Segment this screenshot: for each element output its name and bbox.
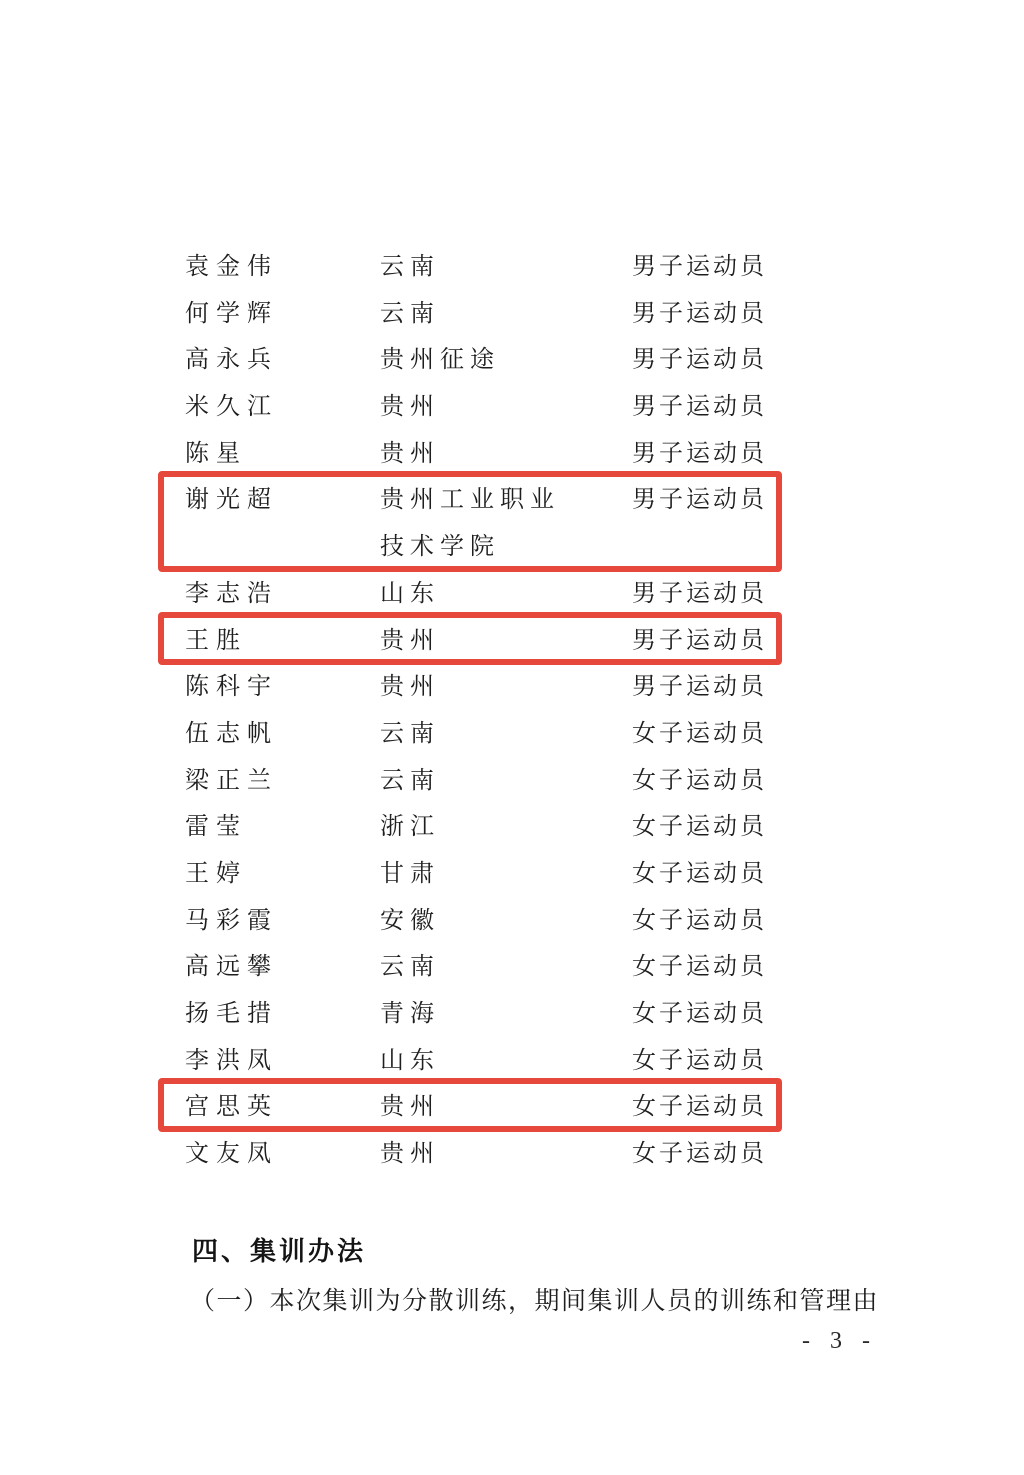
athlete-role: 男子运动员: [632, 664, 767, 711]
document-page: 袁金伟云南男子运动员何学辉云南男子运动员高永兵贵州征途男子运动员米久江贵州男子运…: [0, 0, 1024, 1475]
athlete-unit-line1: 贵州征途: [380, 337, 632, 384]
athlete-unit: 云南: [380, 758, 632, 805]
athlete-role: 女子运动员: [632, 898, 767, 945]
roster-row: 袁金伟云南男子运动员: [0, 244, 1024, 291]
athlete-unit: 山东: [380, 571, 632, 618]
roster-row: 梁正兰云南女子运动员: [0, 758, 1024, 805]
roster-row: 米久江贵州男子运动员: [0, 384, 1024, 431]
athlete-name: 扬毛措: [185, 991, 380, 1038]
athlete-unit-line1: 贵州工业职业: [380, 477, 632, 524]
athlete-name: 袁金伟: [185, 244, 380, 291]
roster-row: 何学辉云南男子运动员: [0, 291, 1024, 338]
athlete-name: 文友凤: [185, 1131, 380, 1178]
athlete-role: 男子运动员: [632, 571, 767, 618]
athlete-name: 伍志帆: [185, 711, 380, 758]
athlete-unit: 云南: [380, 711, 632, 758]
athlete-role: 男子运动员: [632, 618, 767, 665]
athlete-unit-line1: 云南: [380, 711, 632, 758]
athlete-unit: 贵州工业职业技术学院: [380, 477, 632, 570]
athlete-unit-line1: 贵州: [380, 1084, 632, 1131]
athlete-unit: 贵州: [380, 384, 632, 431]
athlete-unit-line1: 贵州: [380, 1131, 632, 1178]
athlete-unit-line1: 山东: [380, 1038, 632, 1085]
athlete-name: 马彩霞: [185, 898, 380, 945]
roster-row: 李志浩山东男子运动员: [0, 571, 1024, 618]
athlete-unit-line1: 青海: [380, 991, 632, 1038]
athlete-unit-line1: 贵州: [380, 384, 632, 431]
athlete-unit: 贵州: [380, 618, 632, 665]
athlete-role: 女子运动员: [632, 711, 767, 758]
athlete-unit-line1: 甘肃: [380, 851, 632, 898]
athlete-name: 谢光超: [185, 477, 380, 524]
athlete-role: 女子运动员: [632, 1038, 767, 1085]
athlete-unit: 安徽: [380, 898, 632, 945]
athlete-unit: 云南: [380, 291, 632, 338]
athlete-name: 陈科宇: [185, 664, 380, 711]
athlete-unit: 贵州: [380, 1084, 632, 1131]
roster-row: 王婷甘肃女子运动员: [0, 851, 1024, 898]
athlete-name: 宫思英: [185, 1084, 380, 1131]
athlete-unit: 贵州: [380, 664, 632, 711]
section-heading: 四、集训办法: [192, 1231, 366, 1268]
athlete-name: 梁正兰: [185, 758, 380, 805]
athlete-unit-line1: 云南: [380, 291, 632, 338]
athlete-name: 高永兵: [185, 337, 380, 384]
athlete-unit-line1: 云南: [380, 758, 632, 805]
athlete-role: 男子运动员: [632, 337, 767, 384]
athlete-unit: 贵州征途: [380, 337, 632, 384]
roster-row: 马彩霞安徽女子运动员: [0, 898, 1024, 945]
page-number: - 3 -: [802, 1328, 877, 1355]
athlete-role: 女子运动员: [632, 1084, 767, 1131]
athlete-unit-line1: 贵州: [380, 431, 632, 478]
roster-row: 伍志帆云南女子运动员: [0, 711, 1024, 758]
roster-row: 李洪凤山东女子运动员: [0, 1038, 1024, 1085]
athlete-role: 女子运动员: [632, 804, 767, 851]
athlete-name: 高远攀: [185, 944, 380, 991]
roster-row: 陈星贵州男子运动员: [0, 431, 1024, 478]
athlete-role: 男子运动员: [632, 244, 767, 291]
athlete-roster: 袁金伟云南男子运动员何学辉云南男子运动员高永兵贵州征途男子运动员米久江贵州男子运…: [0, 244, 1024, 1178]
roster-row: 扬毛措青海女子运动员: [0, 991, 1024, 1038]
athlete-unit: 山东: [380, 1038, 632, 1085]
athlete-name: 王婷: [185, 851, 380, 898]
athlete-name: 陈星: [185, 431, 380, 478]
athlete-role: 女子运动员: [632, 851, 767, 898]
roster-row: 雷莹浙江女子运动员: [0, 804, 1024, 851]
athlete-unit-line1: 山东: [380, 571, 632, 618]
roster-row: 王胜贵州男子运动员: [0, 618, 1024, 665]
athlete-name: 米久江: [185, 384, 380, 431]
athlete-name: 雷莹: [185, 804, 380, 851]
athlete-name: 王胜: [185, 618, 380, 665]
roster-row: 高远攀云南女子运动员: [0, 944, 1024, 991]
athlete-name: 何学辉: [185, 291, 380, 338]
roster-row: 文友凤贵州女子运动员: [0, 1131, 1024, 1178]
roster-row: 陈科宇贵州男子运动员: [0, 664, 1024, 711]
athlete-role: 女子运动员: [632, 758, 767, 805]
athlete-name: 李志浩: [185, 571, 380, 618]
athlete-role: 女子运动员: [632, 991, 767, 1038]
roster-row: 宫思英贵州女子运动员: [0, 1084, 1024, 1131]
athlete-unit-line1: 贵州: [380, 618, 632, 665]
athlete-unit-line1: 浙江: [380, 804, 632, 851]
section-paragraph: （一）本次集训为分散训练，期间集训人员的训练和管理由: [190, 1281, 879, 1317]
athlete-role: 女子运动员: [632, 944, 767, 991]
athlete-role: 女子运动员: [632, 1131, 767, 1178]
athlete-unit: 云南: [380, 244, 632, 291]
athlete-unit-line1: 安徽: [380, 898, 632, 945]
athlete-unit-line1: 云南: [380, 244, 632, 291]
athlete-role: 男子运动员: [632, 291, 767, 338]
athlete-unit-line1: 贵州: [380, 664, 632, 711]
roster-row: 高永兵贵州征途男子运动员: [0, 337, 1024, 384]
athlete-unit-line1: 云南: [380, 944, 632, 991]
athlete-unit: 浙江: [380, 804, 632, 851]
athlete-role: 男子运动员: [632, 384, 767, 431]
athlete-unit: 贵州: [380, 431, 632, 478]
athlete-role: 男子运动员: [632, 477, 767, 524]
athlete-unit-line2: 技术学院: [380, 524, 632, 571]
athlete-unit: 云南: [380, 944, 632, 991]
athlete-unit: 贵州: [380, 1131, 632, 1178]
athlete-name: 李洪凤: [185, 1038, 380, 1085]
athlete-unit: 青海: [380, 991, 632, 1038]
athlete-role: 男子运动员: [632, 431, 767, 478]
roster-row: 谢光超贵州工业职业技术学院男子运动员: [0, 477, 1024, 570]
athlete-unit: 甘肃: [380, 851, 632, 898]
